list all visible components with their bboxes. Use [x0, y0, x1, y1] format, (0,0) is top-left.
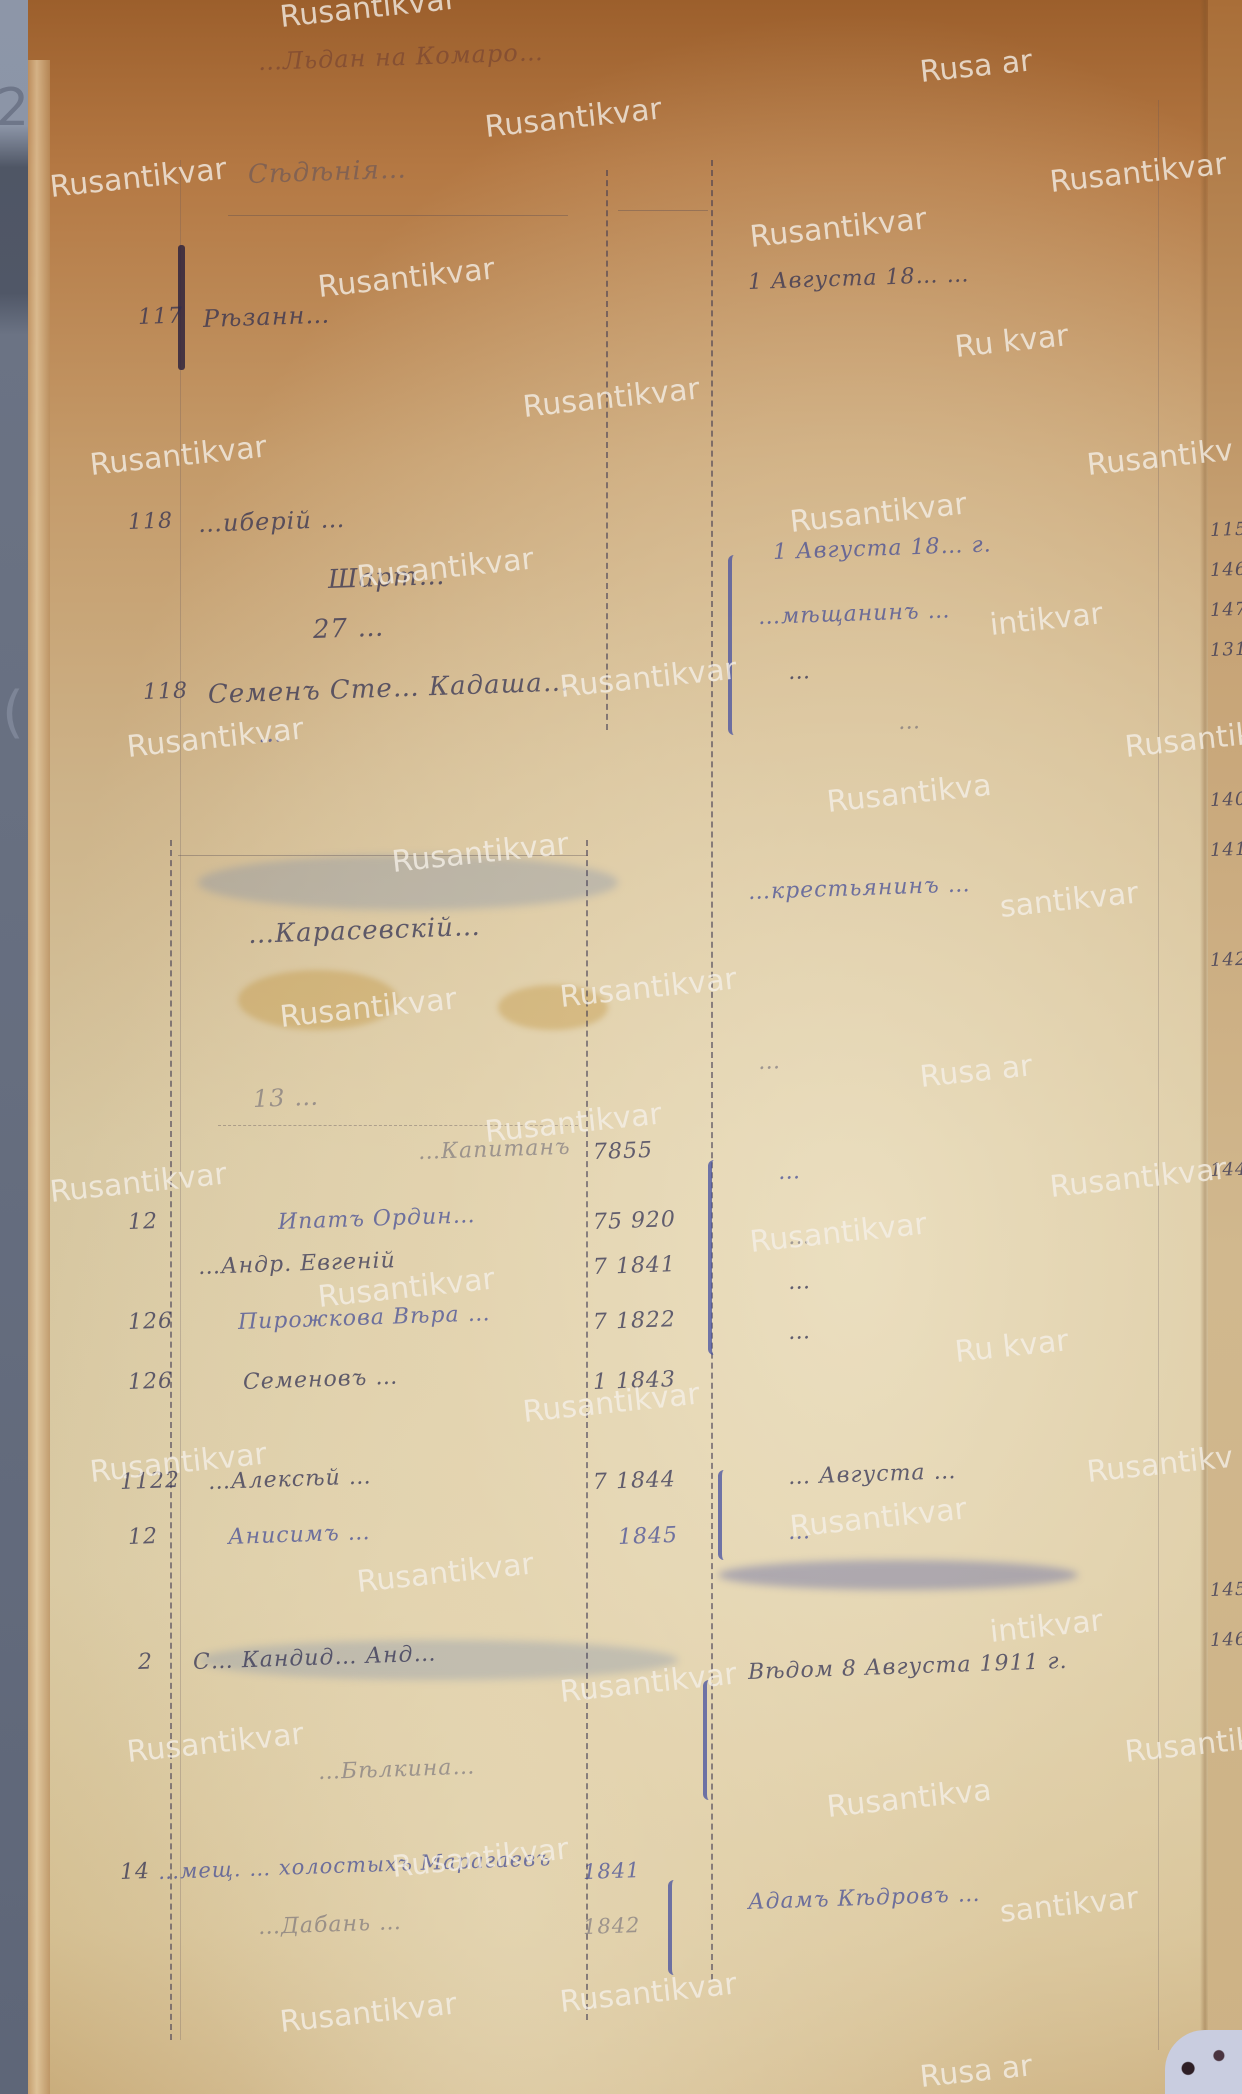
margin-number: 115 — [1210, 519, 1242, 541]
bracket-mark — [718, 1470, 732, 1560]
entry-name: …Алексѣй … — [208, 1464, 373, 1495]
entry-remark: 1 Августа 18… … — [748, 262, 970, 295]
row-number: 118 — [143, 678, 189, 705]
adjacent-page: 115 146 147 131 140 141 142 144 145 146 — [1208, 0, 1242, 2094]
entry-name: Шарт… — [327, 561, 445, 595]
entry-value: 1841 — [583, 1858, 641, 1884]
column-title: Сѣдѣнія… — [247, 154, 407, 190]
row-number: 12 — [128, 1209, 159, 1235]
photo-backdrop: 2 ( — [0, 0, 30, 2094]
ink-underline — [718, 1560, 1078, 1590]
row-rule — [228, 215, 568, 216]
entry-value: 7 1841 — [593, 1252, 677, 1280]
entry-remark: … — [788, 1224, 812, 1250]
row-number: 2 — [138, 1649, 154, 1675]
entry-name: …иберій … — [198, 505, 346, 538]
bracket-mark — [708, 1160, 722, 1355]
row-number: 12 — [128, 1524, 159, 1550]
paper-stain — [498, 985, 608, 1030]
entry-remark: … — [788, 1319, 812, 1345]
row-rule — [178, 855, 588, 856]
entry-value: 75 920 — [593, 1207, 677, 1235]
column-rule — [1158, 100, 1159, 2050]
entry-name: …Дабань … — [258, 1910, 403, 1940]
row-number: 126 — [128, 1308, 174, 1335]
margin-number: 141 — [1210, 839, 1242, 861]
column-rule — [180, 160, 181, 2040]
entry-remark: 1 Августа 18… г. — [773, 532, 992, 565]
backdrop-digit: 2 — [0, 78, 29, 138]
margin-number: 145 — [1210, 1579, 1242, 1601]
entry-remark: … — [778, 1159, 802, 1185]
entry-name: Анисимъ … — [228, 1520, 372, 1550]
entry-remark: … — [788, 1519, 812, 1545]
margin-number: 144 — [1210, 1159, 1242, 1181]
top-note: …Льдан на Комаро… — [258, 38, 545, 76]
entry-name: Пирожкова Вѣра … — [238, 1301, 491, 1335]
margin-number: 140 — [1210, 789, 1242, 811]
entry-name: …Андр. Евгеній — [198, 1248, 397, 1280]
paper-stain — [238, 970, 398, 1030]
column-rule — [606, 170, 608, 730]
entry-remark: … — [758, 1049, 782, 1075]
row-number: 14 — [120, 1859, 151, 1885]
entry-remark: … — [788, 1269, 812, 1295]
entry-value: 1845 — [618, 1523, 679, 1550]
entry-name: 13 … — [253, 1083, 320, 1113]
ledger-page: …Льдан на Комаро… Сѣдѣнія… 117 118 118 1… — [28, 0, 1242, 2094]
backdrop-glyph: ( — [2, 680, 24, 745]
page-binding-edge — [28, 60, 50, 2094]
entry-name: … — [258, 719, 284, 748]
margin-number: 131 — [1210, 639, 1242, 661]
margin-number: 146 — [1210, 1629, 1242, 1651]
entry-remark: …крестьянинъ … — [748, 872, 972, 905]
entry-name: …Бѣлкина… — [318, 1755, 476, 1785]
column-rule — [586, 840, 588, 2020]
entry-name: Рѣзанн… — [203, 301, 331, 333]
entry-remark: Вѣдом 8 Августа 1911 г. — [748, 1649, 1068, 1685]
entry-remark: … Августа … — [788, 1459, 957, 1490]
margin-number: 142 — [1210, 949, 1242, 971]
entry-value: 7855 — [593, 1138, 654, 1165]
entry-name: …Капитанъ — [418, 1135, 571, 1165]
bracket-mark — [728, 555, 742, 735]
entry-name: 27 … — [312, 613, 384, 645]
entry-value: 7 1822 — [593, 1307, 677, 1335]
entry-name: Семенъ Сте… Кадаша… — [207, 667, 570, 710]
row-number: 126 — [128, 1368, 174, 1395]
bracket-mark — [668, 1880, 682, 1975]
entry-name: …Карасевскій… — [247, 912, 481, 950]
row-number: 117 — [138, 303, 184, 330]
row-rule — [218, 1125, 578, 1126]
entry-value: 1842 — [583, 1913, 641, 1939]
entry-value: 1 1843 — [593, 1367, 677, 1395]
bracket-mark — [703, 1680, 717, 1800]
entry-name: Семеновъ … — [243, 1365, 399, 1395]
margin-number: 147 — [1210, 599, 1242, 621]
row-number: 118 — [128, 508, 174, 535]
entry-name: …мещ. … холостыхъ Марагаевъ — [158, 1846, 552, 1884]
ink-smudge — [198, 855, 618, 910]
entry-remark: Адамъ Кѣдровъ … — [748, 1882, 982, 1915]
entry-remark: … — [898, 709, 922, 735]
entry-value: 7 1844 — [593, 1467, 677, 1495]
entry-remark: …мѣщанинъ … — [758, 598, 951, 630]
margin-number: 146 — [1210, 559, 1242, 581]
entry-remark: … — [788, 659, 812, 685]
row-number: 1122 — [120, 1468, 181, 1495]
entry-name: Ипатъ Ордин… — [278, 1203, 476, 1235]
row-rule — [618, 210, 708, 211]
